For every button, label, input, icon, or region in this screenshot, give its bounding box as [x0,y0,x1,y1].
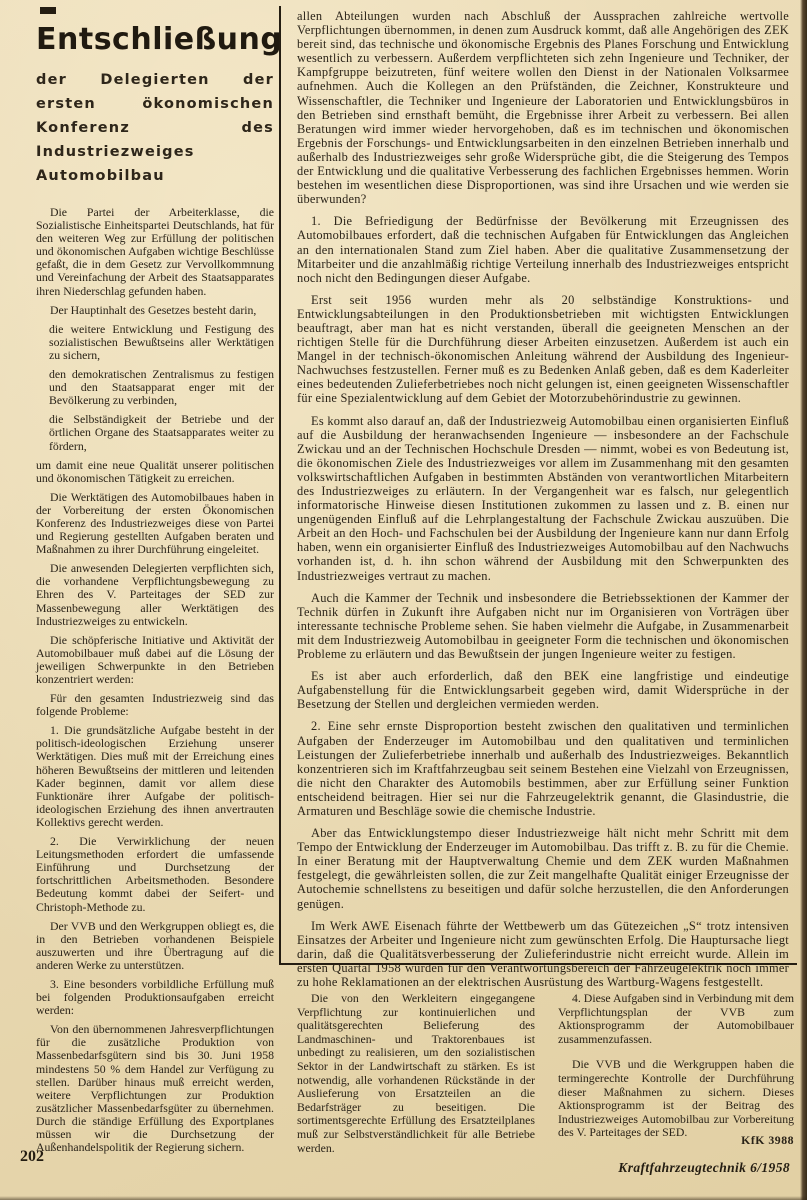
paragraph: die weitere Entwicklung und Festigung de… [49,323,274,362]
journal-footer: Kraftfahrzeugtechnik 6/1958 [500,1160,790,1176]
paragraph: Von den übernommenen Jahresverpflichtung… [36,1023,274,1154]
paragraph: Auch die Kammer der Technik und insbeson… [297,591,789,661]
article-title: Entschließung [36,24,274,56]
column-divider-rule [279,6,281,965]
scan-edge-shadow-right [800,0,807,1200]
paragraph: allen Abteilungen wurden nach Abschluß d… [297,9,789,206]
paragraph: Es ist aber auch erforderlich, daß den B… [297,669,789,711]
left-column: Entschließung der Delegierten der ersten… [36,24,274,1160]
paragraph: Die schöpferische Initiative und Aktivit… [36,634,274,686]
paragraph: Die anwesenden Delegierten verpflichten … [36,562,274,627]
paragraph: Die Werktätigen des Automobilbaues haben… [36,491,274,556]
article-subtitle: der Delegierten der ersten ökonomischen … [36,68,274,188]
paragraph: Für den gesamten Industriezweig sind das… [36,692,274,718]
paragraph: 1. Die grundsätzliche Aufgabe besteht in… [36,724,274,829]
paragraph: 4. Diese Aufgaben sind in Verbindung mit… [558,992,794,1046]
paragraph: Die Partei der Arbeiterklasse, die Sozia… [36,206,274,298]
paragraph: Aber das Entwicklungstempo dieser Indust… [297,826,789,911]
paragraph: Der Hauptinhalt des Gesetzes besteht dar… [36,304,274,317]
scan-edge-shadow-bottom [0,1196,807,1200]
paragraph: Der VVB und den Werkgruppen obliegt es, … [36,920,274,972]
page-number: 202 [20,1148,44,1166]
paragraph: 1. Die Befriedigung der Bedürfnisse der … [297,214,789,284]
main-column: allen Abteilungen wurden nach Abschluß d… [297,9,789,997]
paragraph: 2. Die Verwirklichung der neuen Leitungs… [36,835,274,914]
bottom-right-column: 4. Diese Aufgaben sind in Verbindung mit… [558,992,794,1148]
paragraph: Es kommt also darauf an, daß der Industr… [297,414,789,583]
paragraph: 2. Eine sehr ernste Disproportion besteh… [297,719,789,818]
paragraph: um damit eine neue Qualität unserer poli… [36,459,274,485]
paragraph: Die VVB und die Werkgruppen haben die te… [558,1058,794,1140]
left-column-body: Die Partei der Arbeiterklasse, die Sozia… [36,206,274,1154]
paragraph: Erst seit 1956 wurden mehr als 20 selbst… [297,293,789,406]
scanned-magazine-page: Entschließung der Delegierten der ersten… [0,0,807,1200]
paragraph: 3. Eine besonders vorbildliche Erfüllung… [36,978,274,1017]
print-registration-mark [40,7,56,14]
bottom-left-column: Die von den Werkleitern eingegangene Ver… [297,992,535,1162]
paragraph: den demokratischen Zentralismus zu festi… [49,368,274,407]
bottom-right-column-body: 4. Diese Aufgaben sind in Verbindung mit… [558,992,794,1140]
paragraph: Im Werk AWE Eisenach führte der Wettbewe… [297,919,789,989]
paragraph: die Selbständigkeit der Betriebe und der… [49,413,274,452]
paragraph: Die von den Werkleitern eingegangene Ver… [297,992,535,1155]
